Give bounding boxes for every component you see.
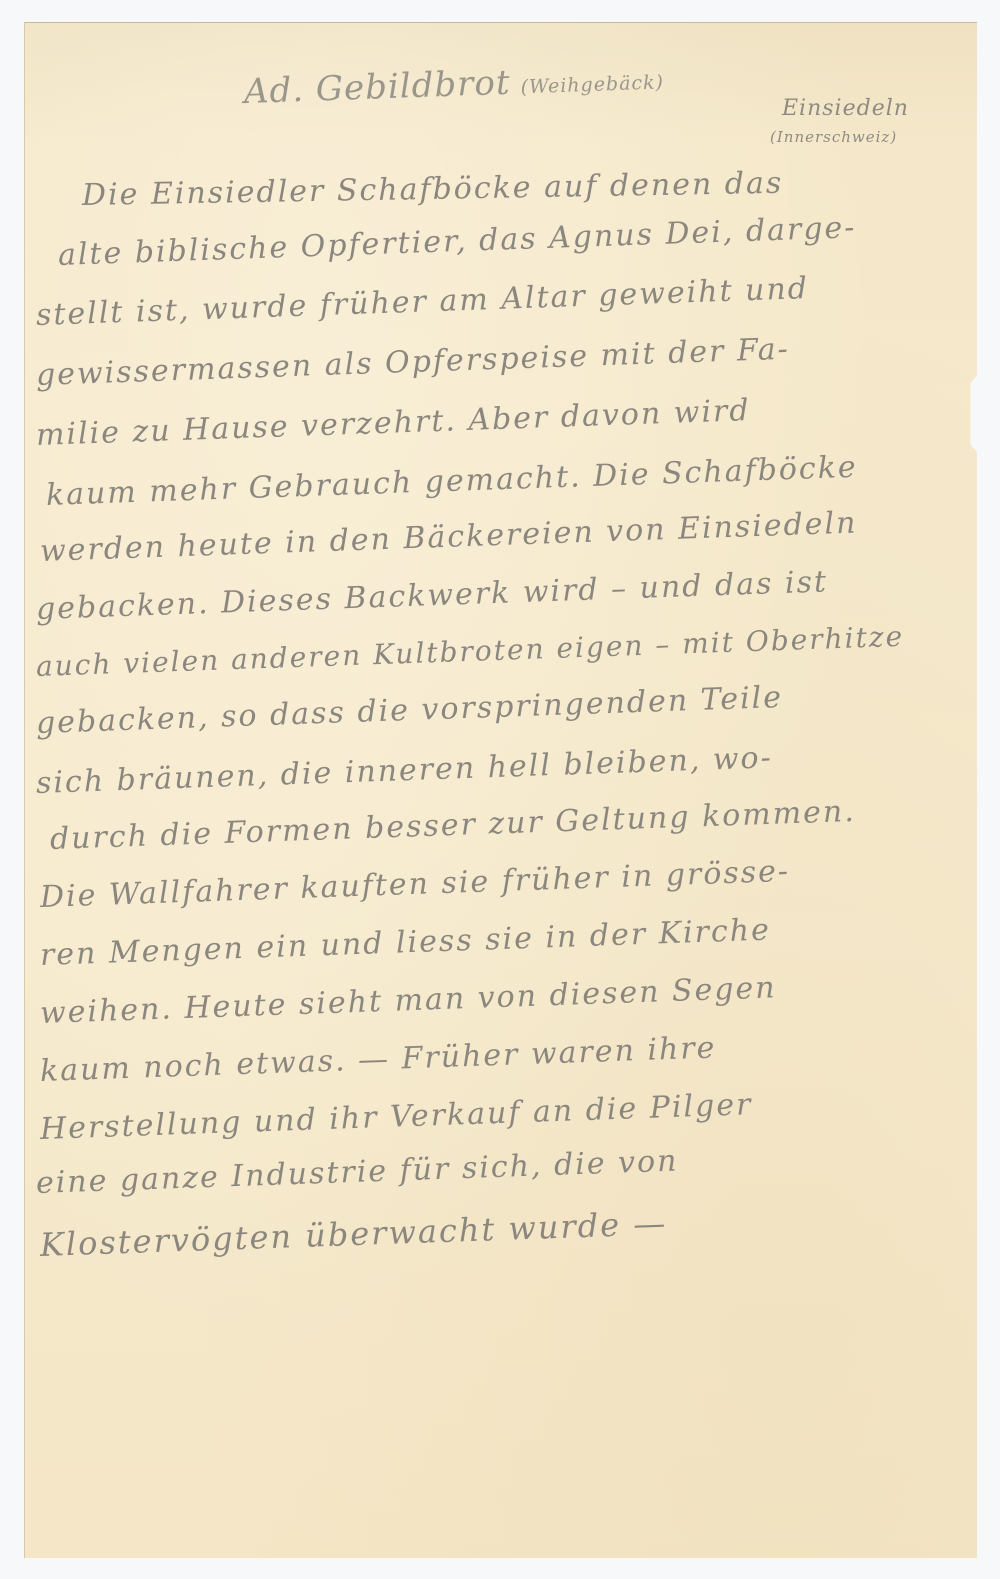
text-line: Herstellung und ihr Verkauf an die Pilge… bbox=[39, 1087, 753, 1147]
text-line: stellt ist, wurde früher am Altar geweih… bbox=[35, 271, 809, 333]
text-line: auch vielen anderen Kultbroten eigen – m… bbox=[35, 620, 904, 683]
text-line: Klostervögten überwacht wurde — bbox=[39, 1204, 668, 1264]
text-line: gewissermassen als Opferspeise mit der F… bbox=[35, 332, 790, 393]
text-line: kaum noch etwas. — Früher waren ihre bbox=[39, 1030, 717, 1089]
text-line: Die Wallfahrer kauften sie früher in grö… bbox=[39, 854, 790, 915]
text-line: Die Einsiedler Schafböcke auf denen das bbox=[82, 166, 784, 213]
text-line: eine ganze Industrie für sich, die von bbox=[35, 1144, 679, 1201]
text-line: sich bräunen, die inneren hell bleiben, … bbox=[35, 740, 773, 801]
text-line: gebacken. Dieses Backwerk wird – und das… bbox=[35, 564, 828, 627]
text-line: ren Mengen ein und liess sie in der Kirc… bbox=[39, 912, 771, 972]
text-line: milie zu Hause verzehrt. Aber davon wird bbox=[35, 393, 751, 453]
text-line: alte biblische Opfertier, das Agnus Dei,… bbox=[57, 210, 857, 273]
manuscript-body: Die Einsiedler Schafböcke auf denen das … bbox=[0, 0, 1000, 1579]
text-line: weihen. Heute sieht man von diesen Segen bbox=[39, 970, 777, 1031]
text-line: gebacken, so dass die vorspringenden Tei… bbox=[35, 680, 783, 741]
text-line: werden heute in den Bäckereien von Einsi… bbox=[39, 505, 858, 569]
text-line: durch die Formen besser zur Geltung komm… bbox=[49, 794, 856, 857]
text-line: kaum mehr Gebrauch gemacht. Die Schafböc… bbox=[45, 450, 858, 513]
